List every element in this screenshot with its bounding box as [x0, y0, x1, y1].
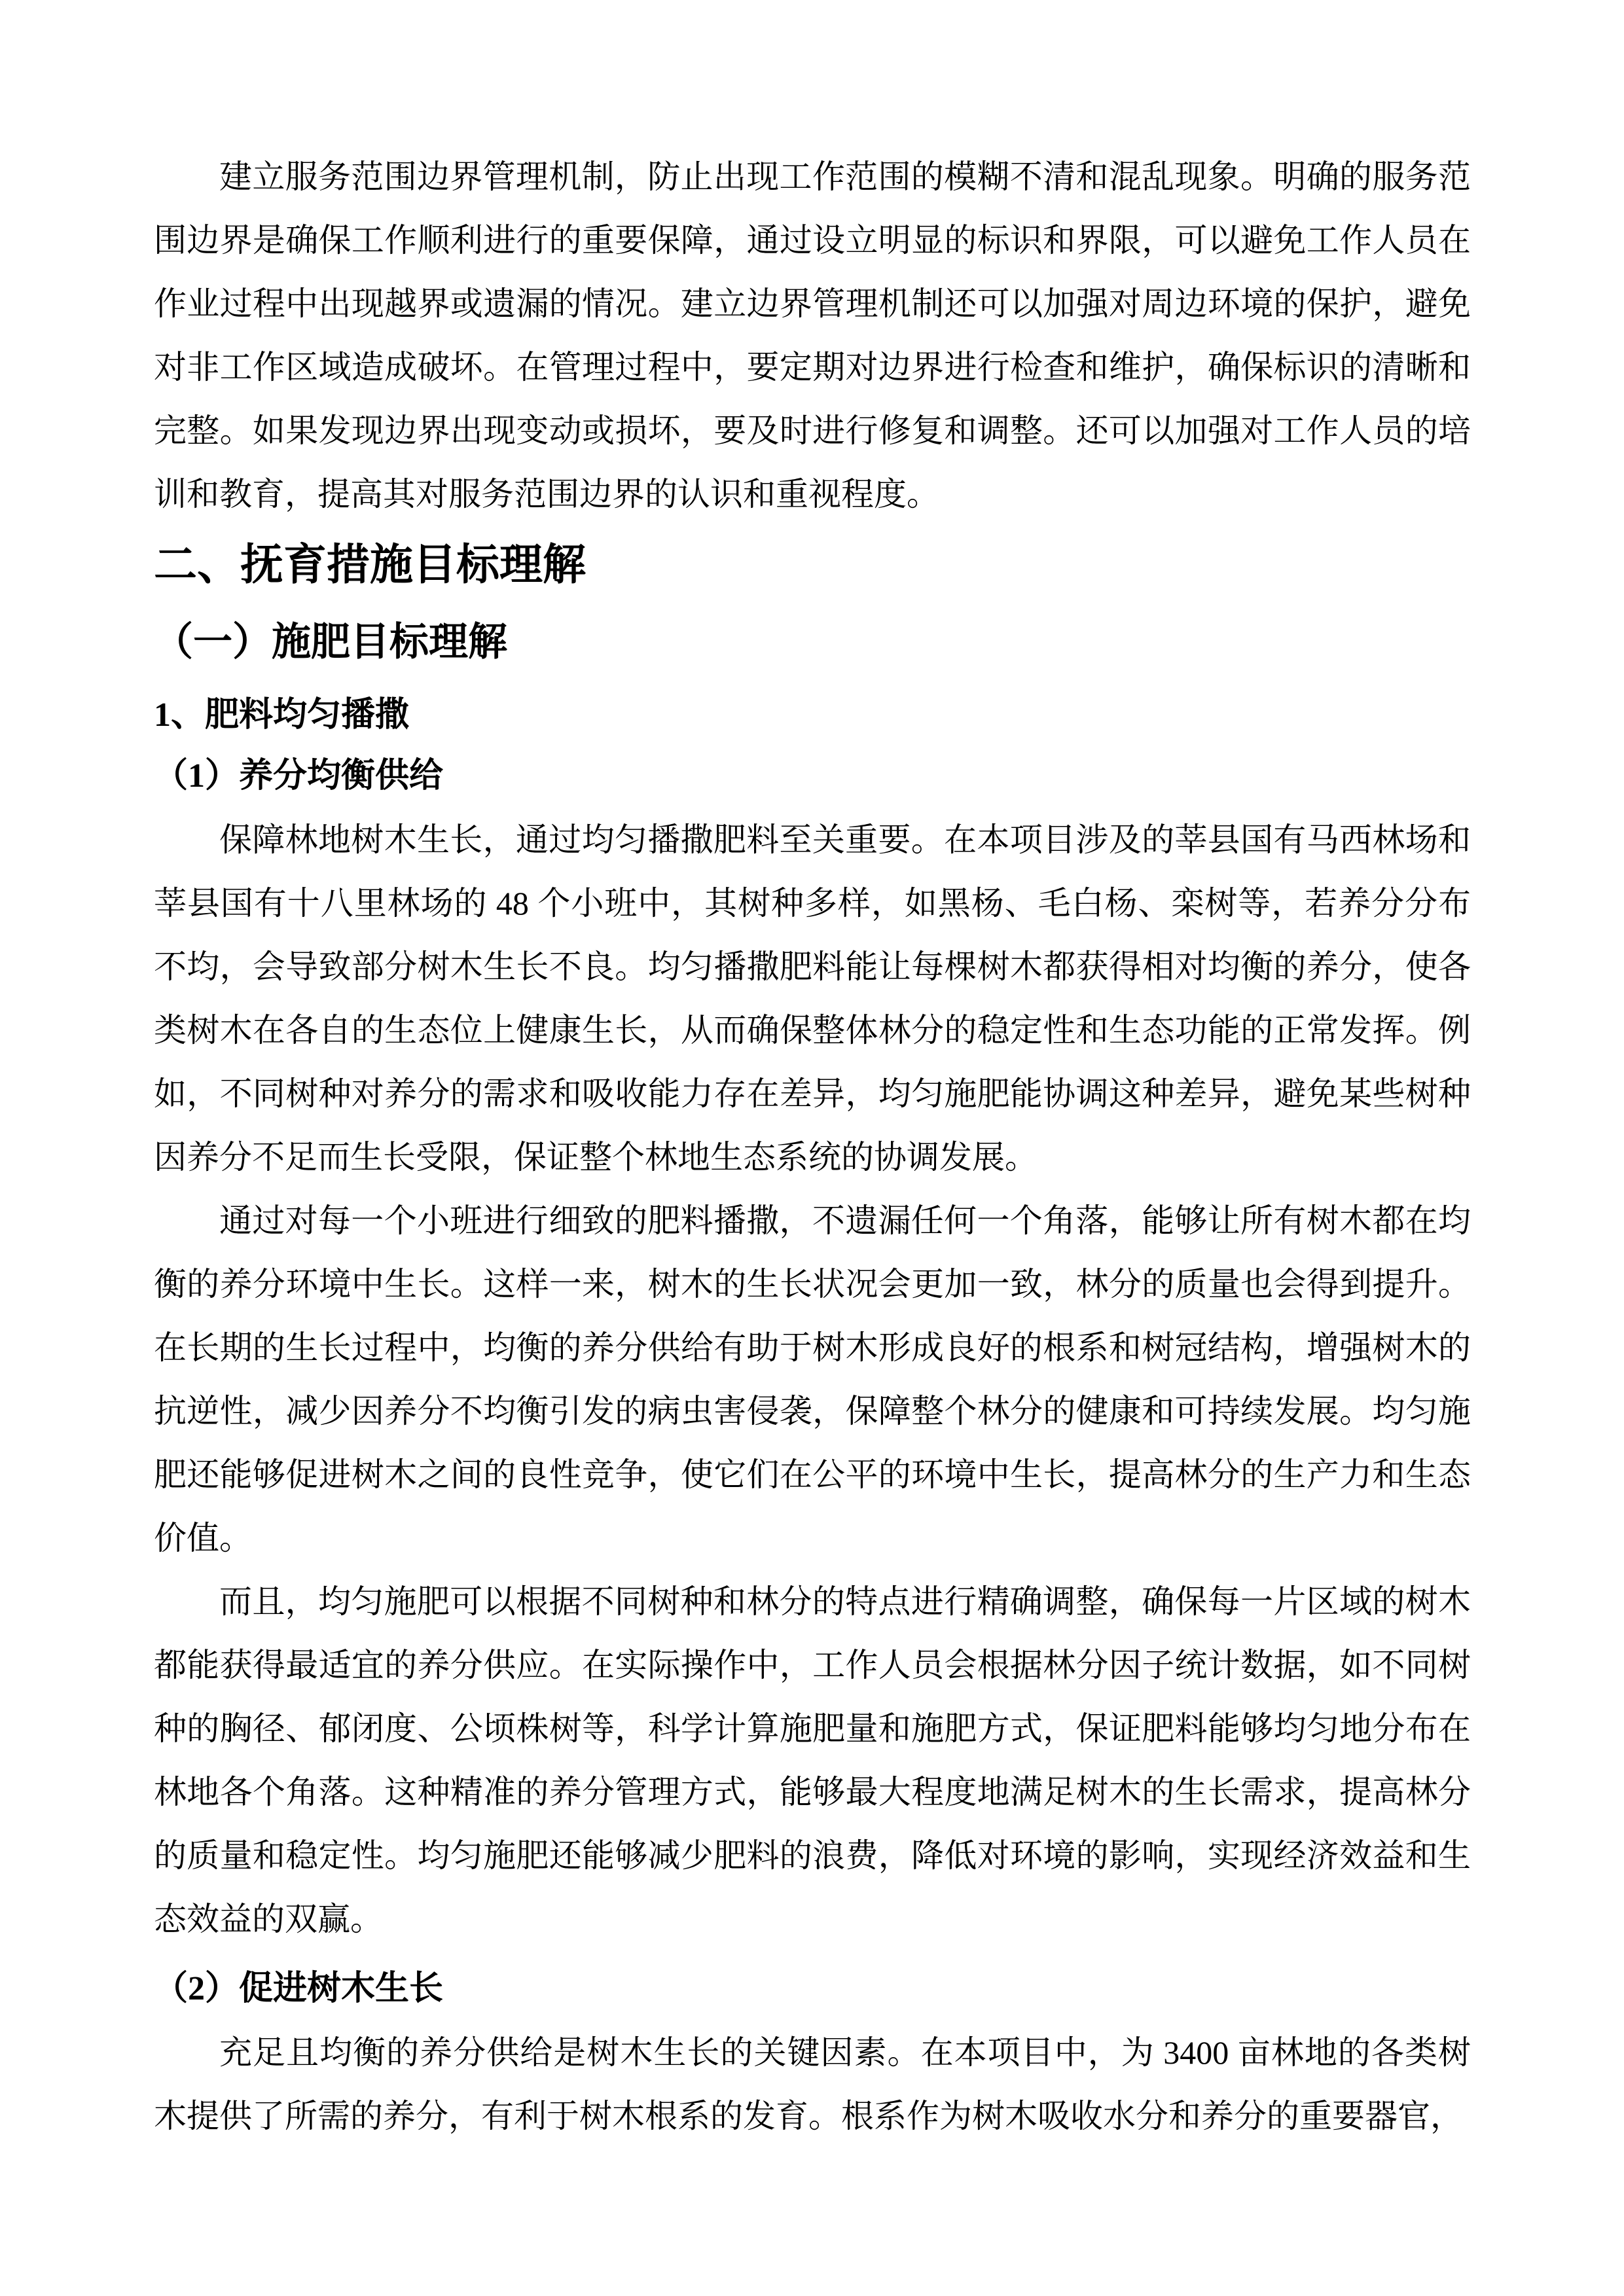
- heading-point-1-balanced-nutrient-supply: （1）养分均衡供给: [154, 750, 1471, 802]
- heading-subsection-1-fertilization-goals: （一）施肥目标理解: [154, 613, 1471, 672]
- heading-point-2-promote-tree-growth: （2）促进树木生长: [154, 1963, 1471, 2015]
- paragraph-tree-growth-1: 充足且均衡的养分供给是树木生长的关键因素。在本项目中，为 3400 亩林地的各类…: [154, 2021, 1471, 2148]
- paragraph-boundary-management: 建立服务范围边界管理机制，防止出现工作范围的模糊不清和混乱现象。明确的服务范围边…: [154, 145, 1471, 526]
- paragraph-nutrient-balance-1: 保障林地树木生长，通过均匀播撒肥料至关重要。在本项目涉及的莘县国有马西林场和莘县…: [154, 808, 1471, 1189]
- document-page: 建立服务范围边界管理机制，防止出现工作范围的模糊不清和混乱现象。明确的服务范围边…: [0, 0, 1624, 2296]
- heading-item-1-even-fertilizer-spreading: 1、肥料均匀播撒: [154, 689, 1471, 742]
- document-body: 建立服务范围边界管理机制，防止出现工作范围的模糊不清和混乱现象。明确的服务范围边…: [154, 0, 1471, 2148]
- heading-section-2-tending-measures: 二、抚育措施目标理解: [154, 533, 1471, 598]
- paragraph-nutrient-balance-3: 而且，均匀施肥可以根据不同树种和林分的特点进行精确调整，确保每一片区域的树木都能…: [154, 1570, 1471, 1951]
- paragraph-nutrient-balance-2: 通过对每一个小班进行细致的肥料播撒，不遗漏任何一个角落，能够让所有树木都在均衡的…: [154, 1189, 1471, 1570]
